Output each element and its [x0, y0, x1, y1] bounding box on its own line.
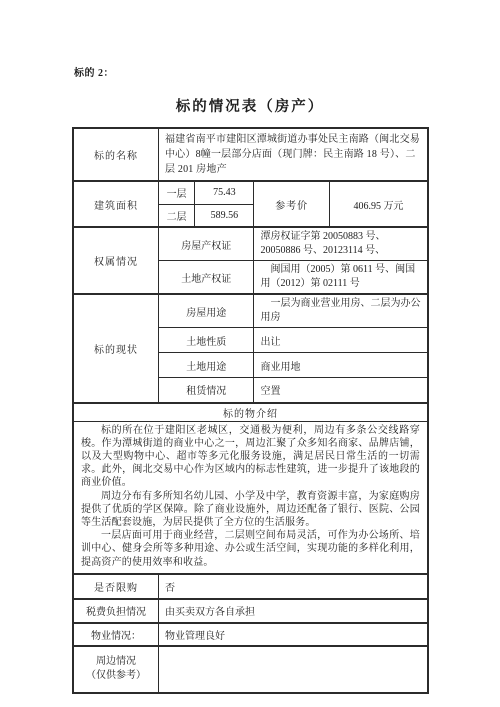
restriction-value: 否 — [158, 574, 428, 599]
price-value: 406.95 万元 — [329, 181, 428, 227]
table-row: 建筑面积 一层 75.43 参考价 406.95 万元 — [73, 181, 428, 204]
subject-tag: 标的 2： — [74, 64, 114, 79]
intro-text: 标的所在位于建阳区老城区，交通极为便利，周边有多条公交线路穿梭。作为潭城街道的商… — [73, 421, 428, 574]
tax-value: 由买卖双方各自承担 — [158, 599, 428, 623]
table-row: 周边情况 （仅供参考） — [73, 646, 428, 693]
table-row: 是否限购 否 — [73, 574, 428, 599]
name-value: 福建省南平市建阳区潭城街道办事处民主南路（闽北交易中心）8幢一层部分店面（现门牌… — [158, 128, 428, 181]
price-label: 参考价 — [254, 181, 329, 227]
intro-paragraph-1: 标的所在位于建阳区老城区，交通极为便利，周边有多条公交线路穿梭。作为潭城街道的商… — [81, 424, 420, 490]
land-cert-label: 土地产权证 — [158, 261, 254, 295]
surrounding-label-line1: 周边情况 — [78, 655, 154, 669]
table-row: 标的现状 房屋用途 一层为商业营业用房、二层为办公用房 — [73, 294, 428, 328]
surrounding-label-line2: （仅供参考） — [78, 669, 154, 683]
table-row: 权属情况 房屋产权证 潭房权证字第 20050883 号、20050886 号、… — [73, 227, 428, 261]
property-value: 物业管理良好 — [158, 623, 428, 646]
floor1-value: 75.43 — [195, 181, 254, 204]
floor2-value: 589.56 — [195, 204, 254, 227]
lease-value: 空置 — [254, 378, 428, 403]
intro-paragraph-3: 一层店面可用于商业经营，二层则空间布局灵活，可作为办公场所、培训中心、健身会所等… — [81, 529, 420, 569]
land-cert-value: 闽国用（2005）第 0611 号、闽国用（2012）第 02111 号 — [254, 261, 428, 295]
surrounding-value — [158, 646, 428, 693]
house-use-label: 房屋用途 — [158, 294, 254, 328]
status-label: 标的现状 — [73, 294, 158, 403]
restriction-label: 是否限购 — [73, 574, 158, 599]
floor2-label: 二层 — [158, 204, 194, 227]
land-nature-label: 土地性质 — [158, 328, 254, 353]
ownership-label: 权属情况 — [73, 227, 158, 294]
land-use-label: 土地用途 — [158, 353, 254, 378]
house-cert-value: 潭房权证字第 20050883 号、20050886 号、20123114 号、 — [254, 227, 428, 261]
intro-header: 标的物介绍 — [73, 403, 428, 422]
house-use-value: 一层为商业营业用房、二层为办公用房 — [254, 294, 428, 328]
table-row: 标的所在位于建阳区老城区，交通极为便利，周边有多条公交线路穿梭。作为潭城街道的商… — [73, 421, 428, 574]
property-info-table: 标的名称 福建省南平市建阳区潭城街道办事处民主南路（闽北交易中心）8幢一层部分店… — [72, 127, 429, 694]
table-row: 税费负担情况 由买卖双方各自承担 — [73, 599, 428, 623]
area-label: 建筑面积 — [73, 181, 158, 227]
tax-label: 税费负担情况 — [73, 599, 158, 623]
land-use-value: 商业用地 — [254, 353, 428, 378]
name-label: 标的名称 — [73, 128, 158, 181]
document-title: 标的情况表（房产） — [0, 95, 500, 116]
property-label: 物业情况： — [73, 623, 158, 646]
table-row: 标的名称 福建省南平市建阳区潭城街道办事处民主南路（闽北交易中心）8幢一层部分店… — [73, 128, 428, 181]
lease-label: 租赁情况 — [158, 378, 254, 403]
table-row: 标的物介绍 — [73, 403, 428, 422]
floor1-label: 一层 — [158, 181, 194, 204]
land-nature-value: 出让 — [254, 328, 428, 353]
intro-paragraph-2: 周边分布有多所知名幼儿园、小学及中学，教育资源丰富，为家庭购房提供了优质的学区保… — [81, 490, 420, 530]
house-cert-label: 房屋产权证 — [158, 227, 254, 261]
surrounding-label: 周边情况 （仅供参考） — [73, 646, 158, 693]
table-row: 物业情况： 物业管理良好 — [73, 623, 428, 646]
